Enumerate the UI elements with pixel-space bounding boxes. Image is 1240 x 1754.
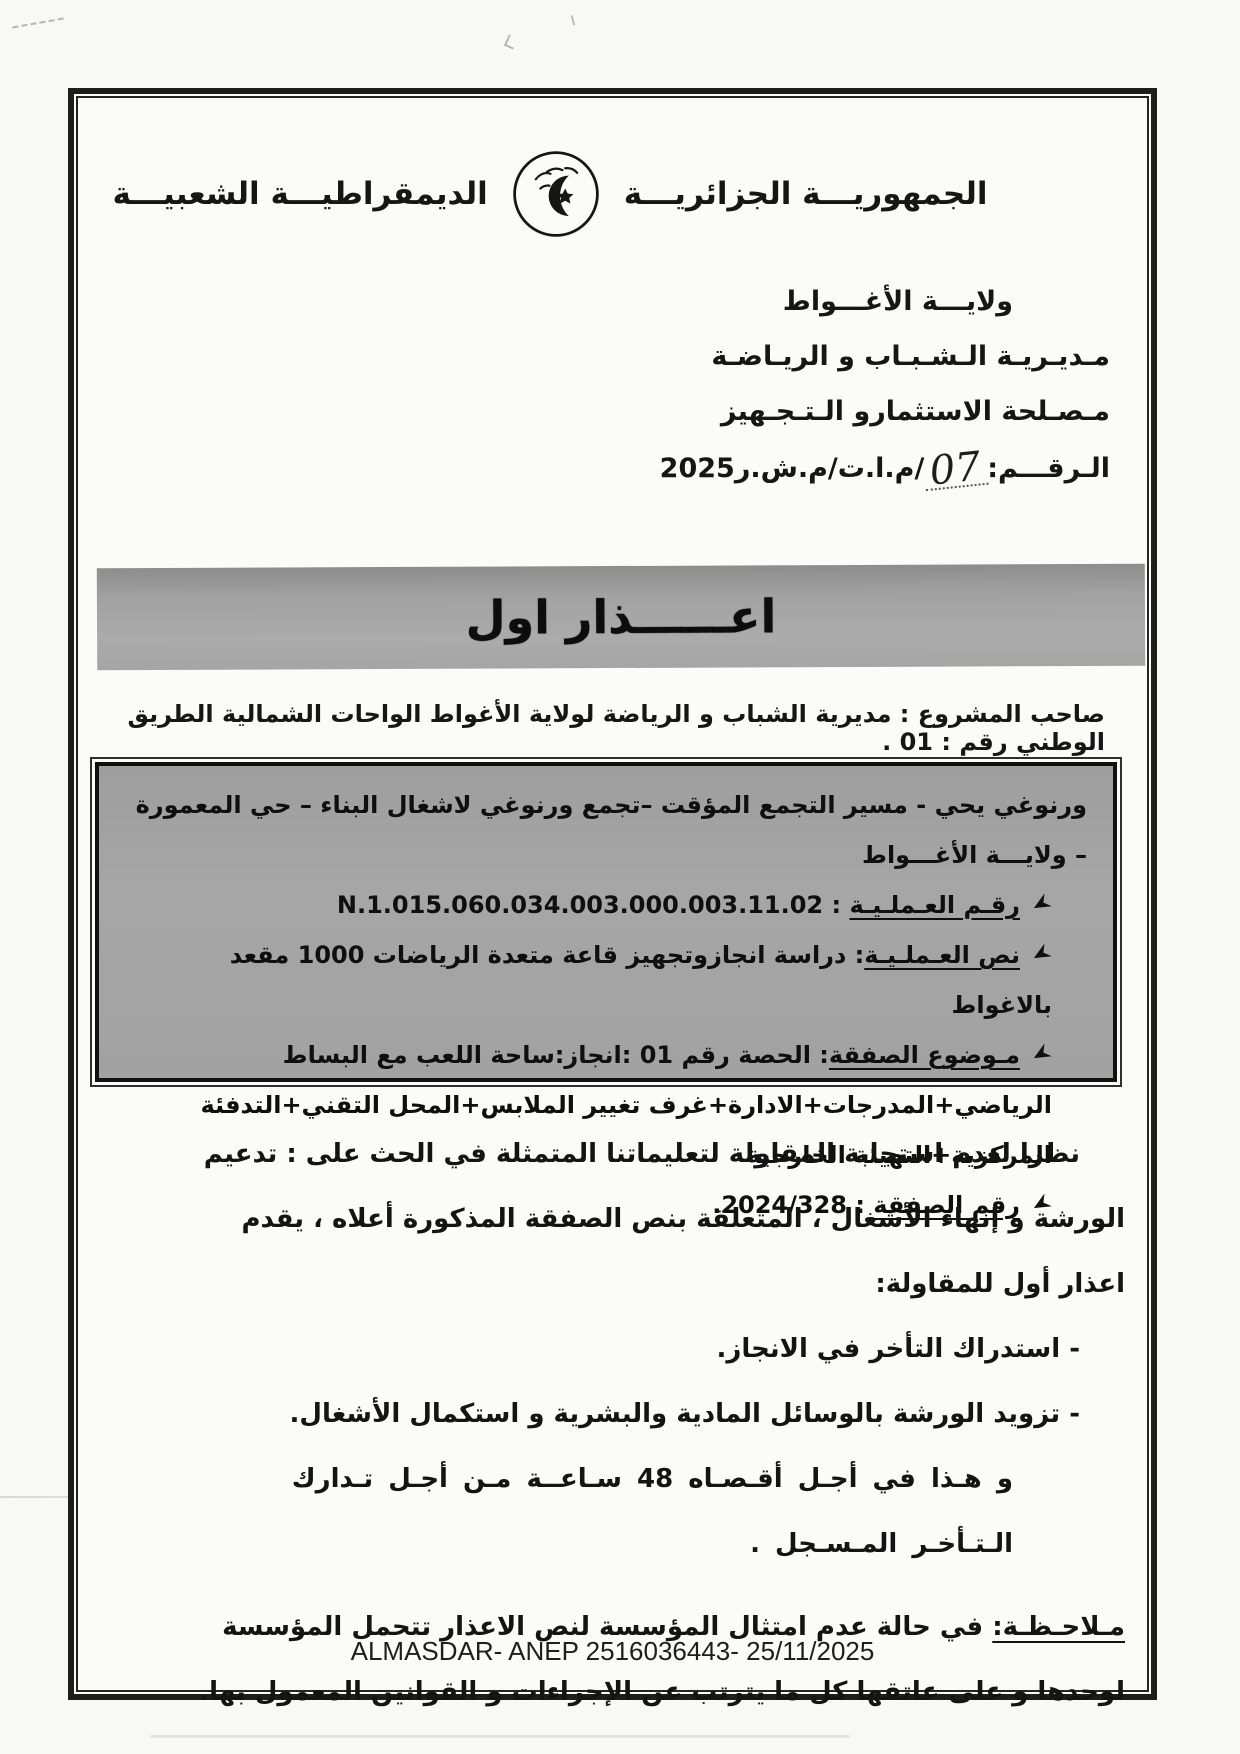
ref-label: الـرقـــم: bbox=[987, 453, 1110, 484]
body-dash-item: - تزويد الورشة بالوسائل المادية والبشرية… bbox=[177, 1382, 1125, 1447]
document-page: الجمهوريـــة الجزائريـــة الديمقراطيـــة… bbox=[0, 0, 1240, 1754]
reference-number-line: الـرقـــم:07/م.ا.ت/م.ش.ر2025 bbox=[610, 441, 1110, 496]
notice-banner: اعــــــذار اول bbox=[97, 564, 1145, 671]
republic-title-right: الجمهوريـــة الجزائريـــة bbox=[624, 176, 988, 212]
republic-header: الجمهوريـــة الجزائريـــة الديمقراطيـــة… bbox=[150, 148, 950, 240]
scan-artifact bbox=[150, 1735, 850, 1738]
body-paragraph: نظرا لعدم استجابة المقاولة لتعليماتنا ال… bbox=[177, 1122, 1125, 1317]
scan-artifact bbox=[12, 18, 64, 29]
handwritten-ref-number: 07 bbox=[923, 451, 989, 491]
ref-suffix: /م.ا.ت/م.ش.ر bbox=[735, 453, 925, 484]
operation-text-label: نص العـملـيـة bbox=[864, 941, 1020, 969]
contract-details-box: ورنوغي يحي - مسير التجمع المؤقت –تجمع ور… bbox=[95, 762, 1117, 1082]
wilaya-line: ولايـــة الأغـــواط bbox=[610, 274, 1013, 329]
letterhead-block: ولايـــة الأغـــواط مـديـريـة الـشـبـاب … bbox=[610, 274, 1110, 496]
ref-year: 2025 bbox=[660, 453, 735, 484]
operation-number-label: رقـم العـملـيـة bbox=[849, 891, 1020, 919]
project-owner-line: صاحب المشروع : مديرية الشباب و الرياضة ل… bbox=[125, 700, 1105, 756]
operation-number-value: N.1.015.060.034.003.000.003.11.02 bbox=[337, 891, 823, 919]
deadline-line: و هـذا في أجـل أقـصـاه 48 سـاعــة مـن أج… bbox=[177, 1447, 1125, 1577]
body-dash-item: - استدراك التأخر في الانجاز. bbox=[177, 1317, 1125, 1382]
arrow-bullet-icon bbox=[1030, 1043, 1052, 1065]
republic-title-left: الديمقراطيـــة الشعبيـــة bbox=[112, 176, 487, 212]
separator: : bbox=[811, 1041, 829, 1069]
arrow-bullet-icon bbox=[1030, 893, 1052, 915]
arrow-bullet-icon bbox=[1030, 943, 1052, 965]
separator: : bbox=[823, 891, 849, 919]
notice-title: اعــــــذار اول bbox=[466, 589, 777, 644]
anep-footer: ALMASDAR- ANEP 2516036443- 25/11/2025 bbox=[68, 1636, 1157, 1667]
service-line: مـصـلحة الاستثمارو الـتـجـهيز bbox=[610, 384, 1110, 439]
scan-artifact bbox=[504, 34, 518, 49]
scan-artifact bbox=[565, 15, 575, 27]
operation-number-row: رقـم العـملـيـة : N.1.015.060.034.003.00… bbox=[121, 880, 1052, 930]
algeria-emblem-icon bbox=[510, 148, 602, 240]
directorate-line: مـديـريـة الـشـبـاب و الريـاضـة bbox=[610, 329, 1110, 384]
contract-subject-label: مـوضوع الصفقة bbox=[829, 1041, 1020, 1069]
operation-text-row: نص العـملـيـة: دراسة انجازوتجهيز قاعة مت… bbox=[121, 930, 1052, 1030]
separator: : bbox=[846, 941, 864, 969]
contractor-line: ورنوغي يحي - مسير التجمع المؤقت –تجمع ور… bbox=[121, 780, 1087, 880]
notice-body: نظرا لعدم استجابة المقاولة لتعليماتنا ال… bbox=[177, 1122, 1125, 1725]
